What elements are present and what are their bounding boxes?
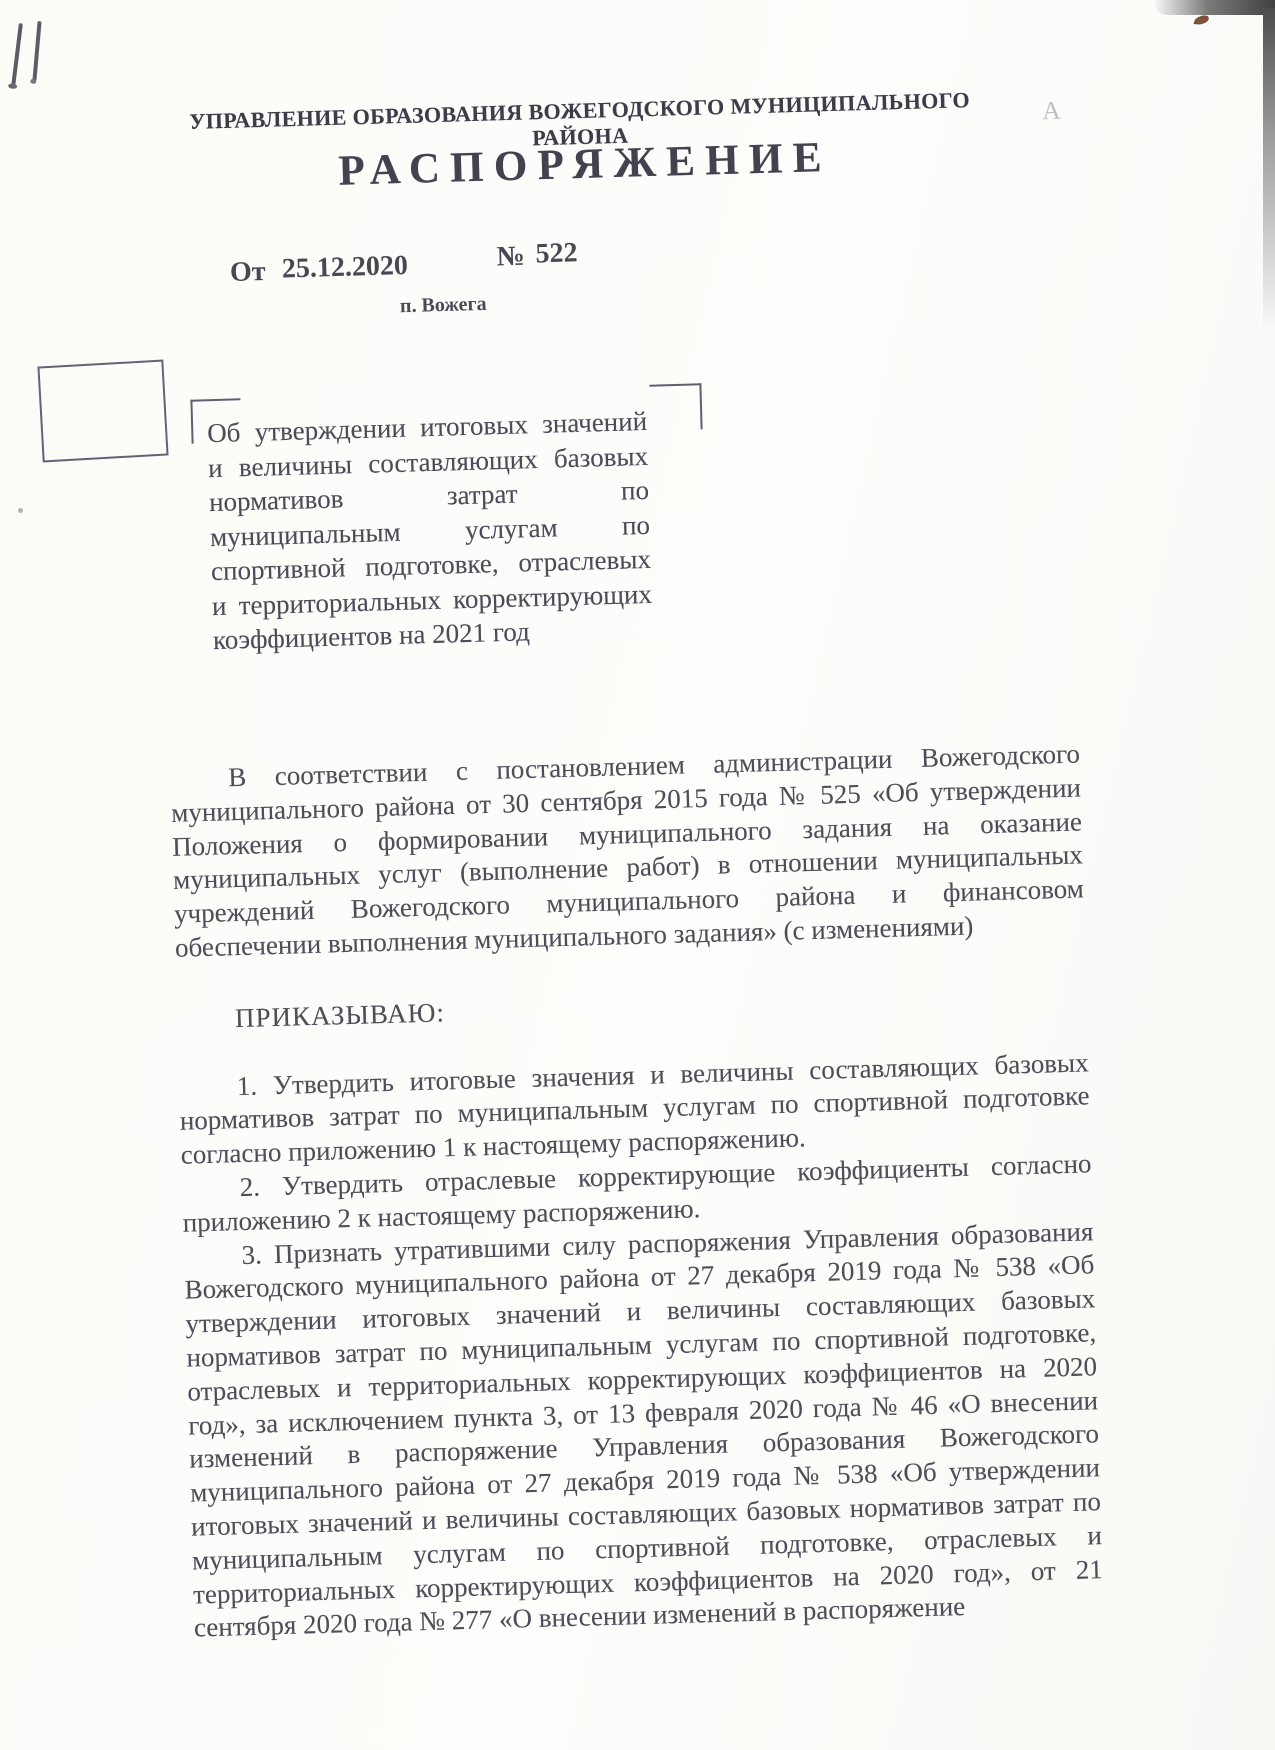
document-subject: Об утверждении итоговых значений и велич… xyxy=(207,404,654,658)
scanned-document-page: А УПРАВЛЕНИЕ ОБРАЗОВАНИЯ ВОЖЕГОДСКОГО МУ… xyxy=(0,0,1275,1750)
empty-stamp-box xyxy=(37,360,168,463)
preamble-paragraph: В соответствии с постановлением админист… xyxy=(170,737,1085,965)
document-number: 522 xyxy=(535,237,578,270)
corner-mark-right xyxy=(649,383,702,430)
scanner-edge-shadow xyxy=(1263,8,1275,333)
number-sign: № xyxy=(496,241,525,274)
paper-speck xyxy=(1193,14,1209,25)
faint-print-echo: А xyxy=(1041,96,1061,127)
pen-mark xyxy=(32,21,41,81)
pen-mark xyxy=(11,23,23,87)
place-name: п. Вожега xyxy=(400,293,487,318)
stray-ink-dot xyxy=(18,508,23,513)
date-label: От xyxy=(230,256,266,289)
date-number-row: От 25.12.2020 № 522 xyxy=(170,239,791,300)
order-item-3: 3. Признать утратившими силу распоряжени… xyxy=(183,1215,1104,1646)
document-body: В соответствии с постановлением админист… xyxy=(170,737,1104,1645)
scanner-corner-shadow xyxy=(1153,0,1275,15)
order-word: ПРИКАЗЫВАЮ: xyxy=(177,978,1088,1037)
date-value: 25.12.2020 xyxy=(281,250,408,286)
